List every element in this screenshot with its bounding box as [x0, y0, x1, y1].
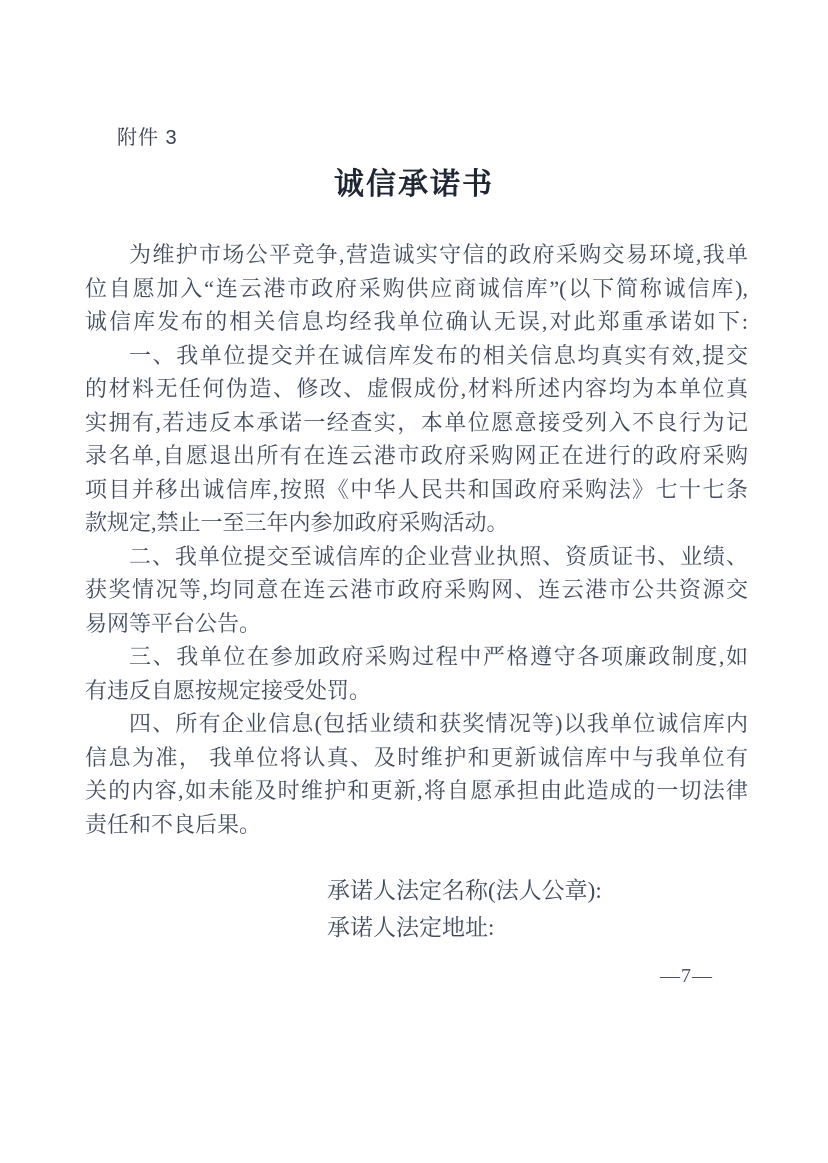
signature-address-line: 承诺人法定地址: [327, 910, 602, 947]
document-title: 诚信承诺书 [0, 159, 828, 203]
page-number: —7— [660, 965, 713, 988]
signature-name-line: 承诺人法定名称(法人公章): [327, 873, 602, 910]
paragraph-1-line-1: 为维护市场公平竞争,营造诚实守信的政府采购交易环境,我单 [85, 238, 748, 272]
paragraph-1-line-2: 位自愿加入“连云港市政府采购供应商诚信库”(以下简称诚信库), [85, 272, 748, 306]
paragraph-3-line-2: 获奖情况等,均同意在连云港市政府采购网、连云港市公共资源交 [85, 573, 748, 607]
attachment-label: 附件 3 [117, 121, 178, 150]
paragraph-3-line-1: 二、我单位提交至诚信库的企业营业执照、资质证书、业绩、 [85, 540, 748, 574]
paragraph-3-line-3: 易网等平台公告。 [85, 607, 748, 641]
paragraph-2-line-4: 录名单,自愿退出所有在连云港市政府采购网正在进行的政府采购 [85, 439, 748, 473]
document-page: 附件 3 诚信承诺书 为维护市场公平竞争,营造诚实守信的政府采购交易环境,我单 … [0, 0, 828, 1163]
paragraph-5-line-2: 信息为准， 我单位将认真、及时维护和更新诚信库中与我单位有 [85, 741, 748, 775]
paragraph-4-line-2: 有违反自愿按规定接受处罚。 [85, 674, 748, 708]
paragraph-4-line-1: 三、我单位在参加政府采购过程中严格遵守各项廉政制度,如 [85, 640, 748, 674]
paragraph-2-line-1: 一、我单位提交并在诚信库发布的相关信息均真实有效,提交 [85, 339, 748, 373]
paragraph-1-line-3: 诚信库发布的相关信息均经我单位确认无误,对此郑重承诺如下: [85, 305, 748, 339]
paragraph-5-line-4: 责任和不良后果。 [85, 808, 748, 842]
paragraph-5-line-3: 关的内容,如未能及时维护和更新,将自愿承担由此造成的一切法律 [85, 774, 748, 808]
paragraph-5-line-1: 四、所有企业信息(包括业绩和获奖情况等)以我单位诚信库内 [85, 707, 748, 741]
paragraph-2-line-5: 项目并移出诚信库,按照《中华人民共和国政府采购法》七十七条 [85, 473, 748, 507]
paragraph-2-line-6: 款规定,禁止一至三年内参加政府采购活动。 [85, 506, 748, 540]
paragraph-2-line-3: 实拥有,若违反本承诺一经查实，本单位愿意接受列入不良行为记 [85, 406, 748, 440]
signature-block: 承诺人法定名称(法人公章): 承诺人法定地址: [327, 873, 602, 946]
paragraph-2-line-2: 的材料无任何伪造、修改、虚假成份,材料所述内容均为本单位真 [85, 372, 748, 406]
document-body: 为维护市场公平竞争,营造诚实守信的政府采购交易环境,我单 位自愿加入“连云港市政… [85, 238, 748, 841]
